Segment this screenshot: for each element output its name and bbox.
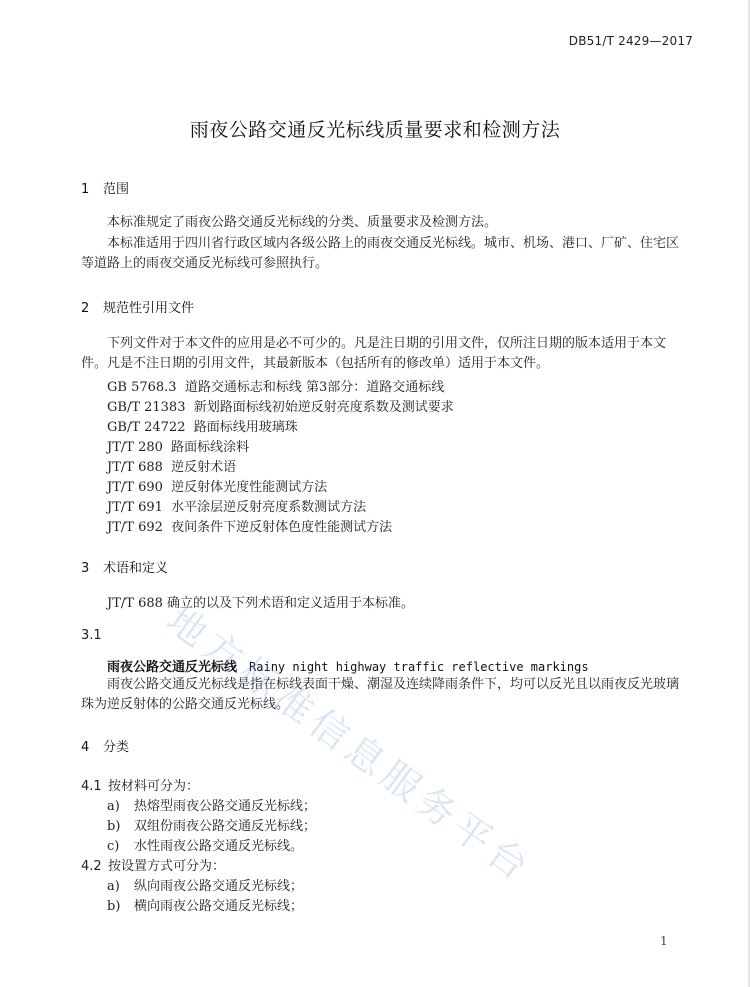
list-item: a)纵向雨夜公路交通反光标线；: [107, 875, 303, 894]
list-marker: c): [107, 839, 134, 854]
reference-code: GB/T 24722: [107, 420, 185, 435]
term-english: Rainy night highway traffic reflective m…: [249, 660, 589, 674]
reference-code: GB 5768.3: [107, 380, 177, 395]
list-item: c)水性雨夜公路交通反光标线。: [107, 835, 303, 854]
reference-title: 逆反射术语: [171, 460, 236, 475]
list-marker: b): [107, 819, 134, 834]
reference-title: 逆反射体光度性能测试方法: [171, 480, 327, 495]
term-chinese: 雨夜公路交通反光标线: [107, 660, 237, 675]
section-title: 术语和定义: [103, 561, 168, 576]
reference-title: 夜间条件下逆反射体色度性能测试方法: [171, 520, 392, 535]
section-number: 3: [81, 561, 103, 576]
subsection-text: 按材料可分为：: [108, 779, 199, 794]
list-text: 横向雨夜公路交通反光标线；: [134, 899, 303, 914]
reference-code: JT/T 690: [107, 480, 163, 495]
section-title: 规范性引用文件: [103, 301, 194, 316]
page-number: 1: [660, 934, 668, 948]
subsection-4-2: 4.2按设置方式可分为：: [81, 855, 225, 874]
section-title: 范围: [103, 182, 129, 197]
list-text: 热熔型雨夜公路交通反光标线；: [134, 799, 316, 814]
scope-paragraph-1: 本标准规定了雨夜公路交通反光标线的分类、质量要求及检测方法。: [81, 213, 681, 233]
reference-item: JT/T 692 夜间条件下逆反射体色度性能测试方法: [107, 516, 392, 535]
reference-item: JT/T 688 逆反射术语: [107, 456, 236, 475]
section-4-heading: 4分类: [81, 736, 129, 755]
list-marker: a): [107, 879, 134, 894]
section-1-heading: 1范围: [81, 178, 129, 197]
reference-code: JT/T 691: [107, 500, 163, 515]
term-entry: 雨夜公路交通反光标线Rainy night highway traffic re…: [107, 656, 589, 675]
reference-item: JT/T 280 路面标线涂料: [107, 436, 249, 455]
term-definition: 雨夜公路交通反光标线是指在标线表面干燥、潮湿及连续降雨条件下，均可以反光且以雨夜…: [81, 675, 681, 715]
reference-item: GB 5768.3 道路交通标志和标线 第3部分：道路交通标线: [107, 376, 444, 395]
section-number: 1: [81, 182, 103, 197]
list-item: b)双组份雨夜公路交通反光标线；: [107, 815, 316, 834]
section-number: 2: [81, 301, 103, 316]
subsection-4-1: 4.1按材料可分为：: [81, 775, 199, 794]
section-3-heading: 3术语和定义: [81, 557, 168, 576]
subsection-number: 4.2: [81, 859, 108, 874]
reference-code: JT/T 692: [107, 520, 163, 535]
scope-paragraph-2: 本标准适用于四川省行政区域内各级公路上的雨夜交通反光标线。城市、机场、港口、厂矿…: [81, 234, 681, 274]
reference-title: 路面标线用玻璃珠: [194, 420, 298, 435]
list-item: b)横向雨夜公路交通反光标线；: [107, 895, 303, 914]
subsection-text: 按设置方式可分为：: [108, 859, 225, 874]
list-marker: a): [107, 799, 134, 814]
reference-title: 道路交通标志和标线 第3部分：道路交通标线: [185, 380, 444, 395]
list-item: a)热熔型雨夜公路交通反光标线；: [107, 795, 316, 814]
list-marker: b): [107, 899, 134, 914]
reference-item: JT/T 690 逆反射体光度性能测试方法: [107, 476, 327, 495]
list-text: 双组份雨夜公路交通反光标线；: [134, 819, 316, 834]
reference-code: GB/T 21383: [107, 400, 185, 415]
section-2-heading: 2规范性引用文件: [81, 297, 194, 316]
subsection-number: 4.1: [81, 779, 108, 794]
references-paragraph: 下列文件对于本文件的应用是必不可少的。凡是注日期的引用文件，仅所注日期的版本适用…: [81, 334, 681, 374]
reference-title: 水平涂层逆反射亮度系数测试方法: [171, 500, 366, 515]
subsection-number: 3.1: [81, 628, 108, 643]
section-number: 4: [81, 740, 103, 755]
reference-item: GB/T 24722 路面标线用玻璃珠: [107, 416, 298, 435]
reference-title: 路面标线涂料: [171, 440, 249, 455]
reference-item: JT/T 691 水平涂层逆反射亮度系数测试方法: [107, 496, 366, 515]
terms-paragraph: JT/T 688 确立的以及下列术语和定义适用于本标准。: [81, 594, 681, 614]
section-title: 分类: [103, 740, 129, 755]
subsection-3-1: 3.1: [81, 628, 108, 643]
list-text: 纵向雨夜公路交通反光标线；: [134, 879, 303, 894]
reference-code: JT/T 280: [107, 440, 163, 455]
reference-item: GB/T 21383 新划路面标线初始逆反射亮度系数及测试要求: [107, 396, 454, 415]
reference-title: 新划路面标线初始逆反射亮度系数及测试要求: [194, 400, 454, 415]
standard-code: DB51/T 2429—2017: [569, 34, 693, 48]
list-text: 水性雨夜公路交通反光标线。: [134, 839, 303, 854]
document-page: DB51/T 2429—2017 雨夜公路交通反光标线质量要求和检测方法 1范围…: [0, 0, 750, 987]
reference-code: JT/T 688: [107, 460, 163, 475]
document-title: 雨夜公路交通反光标线质量要求和检测方法: [0, 115, 750, 142]
